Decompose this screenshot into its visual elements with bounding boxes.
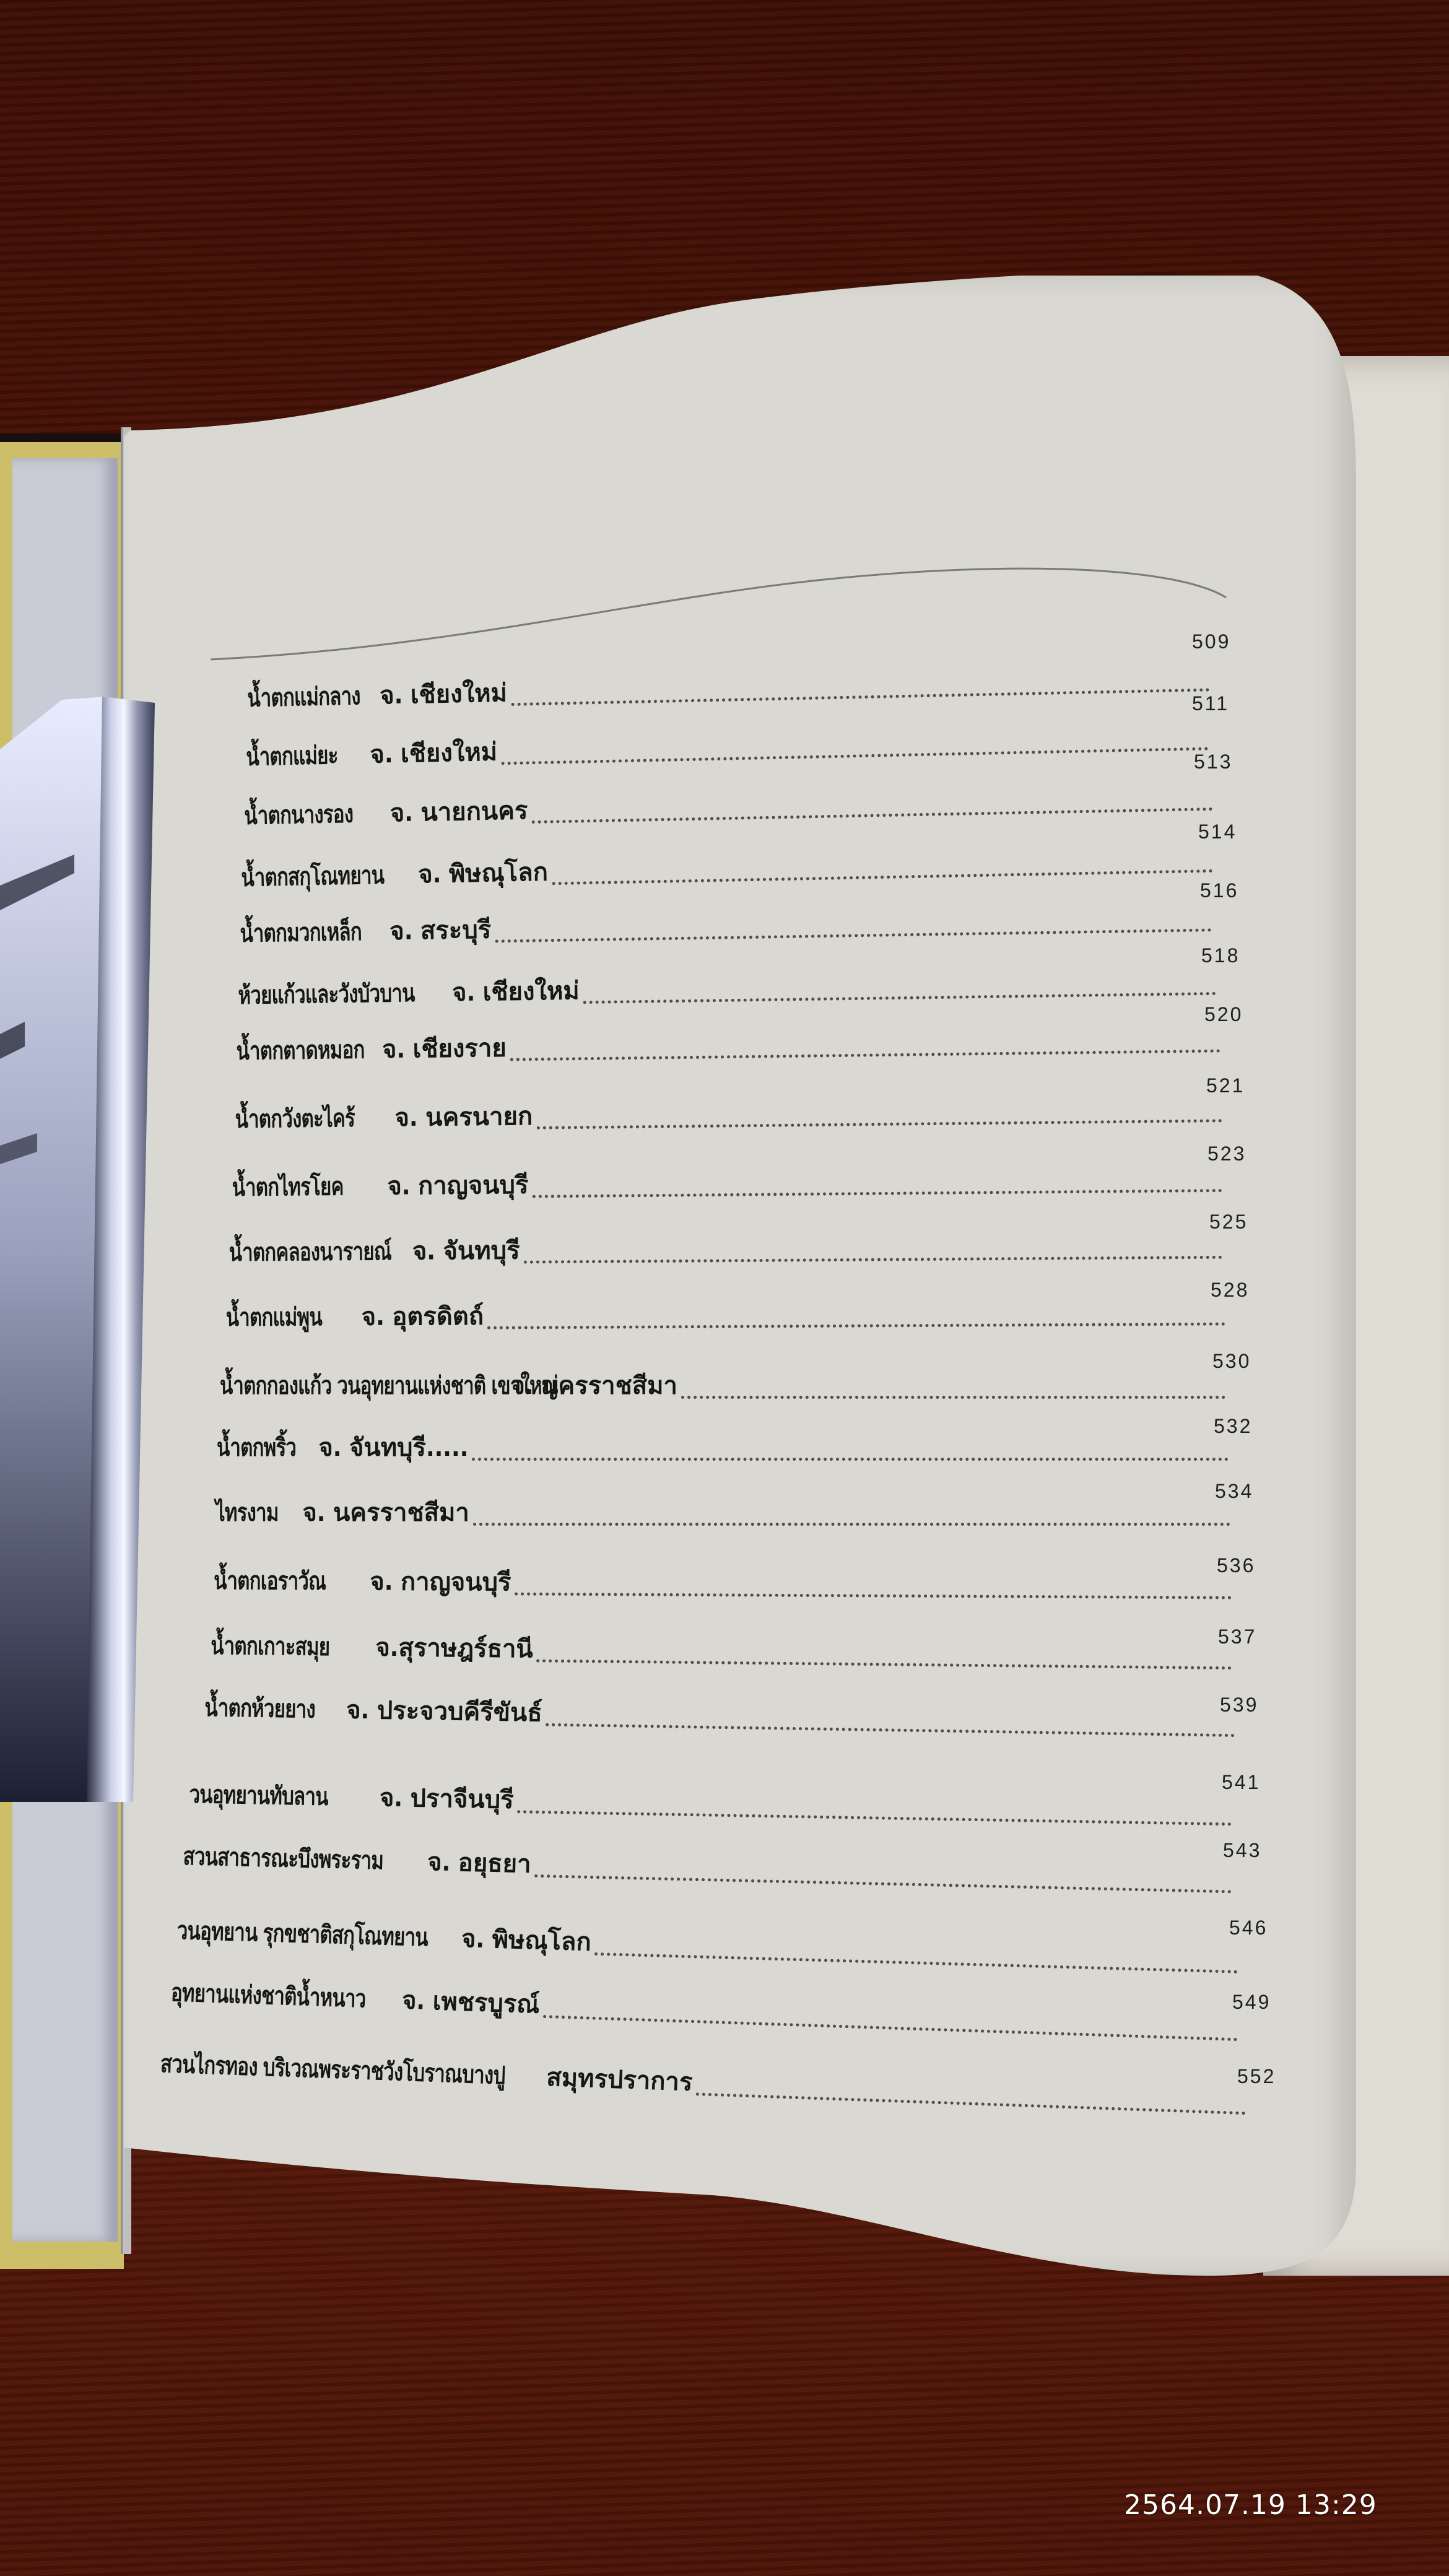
toc-entry: น้ำตกแม่พูน จ. อุตรดิตถ์	[226, 1292, 1229, 1337]
dot-leader	[517, 1810, 1232, 1825]
dot-leader	[501, 747, 1208, 765]
entry-province: จ. เชียงใหม่	[379, 672, 507, 715]
entry-province: จ. จันทบุรี	[412, 1230, 520, 1271]
toc-entry: วนอุทยาน รุกขชาติสกุโณทยาน จ. พิษณุโลก	[176, 1910, 1242, 1980]
page-number: 516	[1200, 879, 1238, 902]
entry-province: จ. กาญจนบุรี	[370, 1561, 511, 1601]
entry-province: จ. พิษณุโลก	[461, 1918, 591, 1962]
entry-title: น้ำตกห้วยยาง	[204, 1687, 315, 1729]
entry-title: ห้วยแก้วและวังบัวบาน	[238, 973, 415, 1015]
dot-leader	[534, 1874, 1232, 1894]
toc-entry: น้ำตกห้วยยาง จ. ประจวบคีรีขันธ์	[204, 1687, 1239, 1743]
page-number: 541	[1222, 1771, 1260, 1794]
dot-leader	[511, 688, 1209, 706]
toc-entry: ห้วยแก้วและวังบัวบาน จ. เชียงใหม่	[238, 962, 1220, 1015]
toc-entry: สวนสาธารณะบึงพระราม จ. อยุธยา	[183, 1836, 1236, 1900]
entry-province: สมุทรปราการ	[546, 2057, 693, 2102]
page-number: 530	[1212, 1350, 1251, 1373]
entry-title: น้ำตกแม่พูน	[226, 1297, 322, 1337]
entry-title: น้ำตกกองแก้ว วนอุทยานแห่งชาติ เขาใหญ่	[220, 1365, 558, 1405]
dot-leader	[487, 1323, 1225, 1329]
page-number: 534	[1215, 1480, 1253, 1503]
entry-province: จ. กาญจนบุรี	[387, 1165, 529, 1206]
entry-title: น้ำตกวังตะไคร้	[235, 1098, 355, 1139]
dot-leader	[546, 1723, 1235, 1737]
entry-province: จ. ปราจีนบุรี	[379, 1777, 514, 1819]
entry-title: อุทยานแห่งชาติน้ำหนาว	[170, 1972, 367, 2018]
entry-title: น้ำตกแม่ยะ	[246, 735, 339, 777]
page-number: 523	[1207, 1142, 1246, 1165]
toc-entry: น้ำตกนางรอง จ. นายกนคร	[244, 777, 1217, 835]
page-number: 546	[1229, 1917, 1268, 1939]
toc-entry: น้ำตกเกาะสมุย จ.สุราษฎร์ธานี	[211, 1625, 1236, 1676]
dot-leader	[515, 1593, 1232, 1599]
entry-province: จ. เพชรบูรณ์	[401, 1980, 540, 2024]
page-number: 528	[1211, 1279, 1249, 1302]
entry-title: น้ำตกไทรโยค	[232, 1166, 343, 1207]
dot-leader	[532, 807, 1213, 824]
page-number: 514	[1198, 820, 1237, 843]
entry-province: จ. จันทบุรี.....	[318, 1427, 468, 1467]
page-number: 520	[1204, 1003, 1243, 1026]
page-number: 525	[1209, 1211, 1248, 1234]
toc-entry: ไทรงาม จ. นครราชสีมา	[215, 1492, 1234, 1532]
dot-leader	[536, 1119, 1222, 1129]
entry-province: จ. อุตรดิตถ์	[362, 1296, 484, 1336]
entry-title: น้ำตกนางรอง	[244, 794, 354, 835]
toc-entry: อุทยานแห่งชาติน้ำหนาว จ. เพชรบูรณ์	[170, 1972, 1242, 2047]
toc-entry: น้ำตกกองแก้ว วนอุทยานแห่งชาติ เขาใหญ่ จ.…	[220, 1365, 1229, 1405]
entry-province: จ. พิษณุโลก	[418, 851, 549, 894]
page-number: 543	[1223, 1839, 1261, 1862]
entry-province: จ. เชียงใหม่	[370, 732, 498, 774]
photo-timestamp: 2564.07.19 13:29	[1124, 2489, 1377, 2521]
toc-entry: น้ำตกตาดหมอก จ. เชียงราย	[236, 1019, 1224, 1071]
dot-leader	[510, 1050, 1221, 1061]
dot-leader	[552, 869, 1212, 885]
entry-province: จ. นายกนคร	[389, 790, 528, 832]
toc-entry: น้ำตกเอราวัณ จ. กาญจนบุรี	[214, 1560, 1235, 1606]
toc-entry: น้ำตกพริ้ว จ. จันทบุรี.....	[217, 1427, 1232, 1467]
entry-title: สวนสาธารณะบึงพระราม	[183, 1836, 384, 1880]
entry-province: จ.สุราษฎร์ธานี	[375, 1627, 533, 1669]
dot-leader	[533, 1189, 1222, 1198]
page-number: 552	[1237, 2065, 1276, 2088]
entry-title: น้ำตกเกาะสมุย	[211, 1625, 330, 1666]
dot-leader	[524, 1256, 1222, 1264]
page-number: 513	[1194, 751, 1232, 773]
entry-title: น้ำตกสกุโณทยาน	[241, 855, 385, 897]
entry-province: จ. นครราชสีมา	[302, 1492, 469, 1532]
toc-entry: น้ำตกสกุโณทยาน จ. พิษณุโลก	[241, 839, 1217, 897]
dot-leader	[495, 928, 1211, 942]
toc-entry: น้ำตกคลองนารายณ์ จ. จันทบุรี	[229, 1225, 1226, 1272]
entry-title: น้ำตกตาดหมอก	[236, 1029, 365, 1071]
entry-title: สวนไกรทอง บริเวณพระราชวังโบราณบางปู	[160, 2043, 506, 2095]
entry-title: น้ำตกคลองนารายณ์	[229, 1231, 392, 1272]
dot-leader	[543, 2015, 1238, 2041]
entry-province: จ. เชียงใหม่	[452, 970, 580, 1012]
page-number: 549	[1232, 1991, 1271, 2014]
toc-entry: วนอุทยานทับลาน จ. ปราจีนบุรี	[189, 1774, 1236, 1832]
metal-binder-clip	[0, 687, 161, 1821]
dot-leader	[472, 1458, 1229, 1461]
entry-title: ไทรงาม	[215, 1492, 279, 1532]
entry-province: จ. ประจวบคีรีขันธ์	[346, 1690, 543, 1733]
page-number: 511	[1192, 692, 1229, 715]
dot-leader	[583, 992, 1216, 1004]
page-number: 532	[1214, 1415, 1252, 1438]
entry-title: น้ำตกเอราวัณ	[214, 1560, 326, 1601]
page-number: 537	[1218, 1625, 1256, 1648]
toc-entry: น้ำตกไทรโยค จ. กาญจนบุรี	[232, 1159, 1225, 1207]
entry-title: วนอุทยานทับลาน	[189, 1774, 328, 1816]
toc-entry: น้ำตกแม่กลาง จ. เชียงใหม่	[247, 658, 1214, 718]
dot-leader	[537, 1660, 1232, 1670]
entry-province: จ. นครนายก	[394, 1096, 533, 1137]
toc-entry: น้ำตกแม่ยะ จ. เชียงใหม่	[246, 716, 1212, 777]
entry-province: จ. เชียงราย	[382, 1028, 507, 1069]
dot-leader	[681, 1396, 1225, 1399]
entry-title: น้ำตกพริ้ว	[217, 1427, 296, 1467]
entry-province: จ. สระบุรี	[389, 910, 492, 951]
dot-leader	[594, 1952, 1238, 1973]
table-of-contents: น้ำตกแม่กลาง จ. เชียงใหม่ น้ำตกแม่ยะ จ. …	[0, 0, 1449, 2576]
entry-title: น้ำตกมวกเหล็ก	[240, 912, 362, 953]
dot-leader	[473, 1523, 1230, 1526]
entry-title: น้ำตกแม่กลาง	[247, 676, 361, 718]
page-number: 518	[1201, 944, 1240, 967]
entry-title: วนอุทยาน รุกขชาติสกุโณทยาน	[176, 1910, 429, 1957]
toc-entry: น้ำตกมวกเหล็ก จ. สระบุรี	[240, 898, 1216, 953]
toc-entry: สวนไกรทอง บริเวณพระราชวังโบราณบางปู สมุท…	[160, 2043, 1250, 2121]
entry-province: จ. อยุธยา	[427, 1842, 532, 1884]
toc-entry: น้ำตกวังตะไคร้ จ. นครนายก	[235, 1089, 1226, 1139]
page-number: 509	[1192, 630, 1230, 653]
dot-leader	[696, 2092, 1246, 2115]
page-number: 536	[1217, 1554, 1255, 1577]
page-number: 521	[1206, 1074, 1245, 1097]
page-number: 539	[1220, 1694, 1258, 1717]
